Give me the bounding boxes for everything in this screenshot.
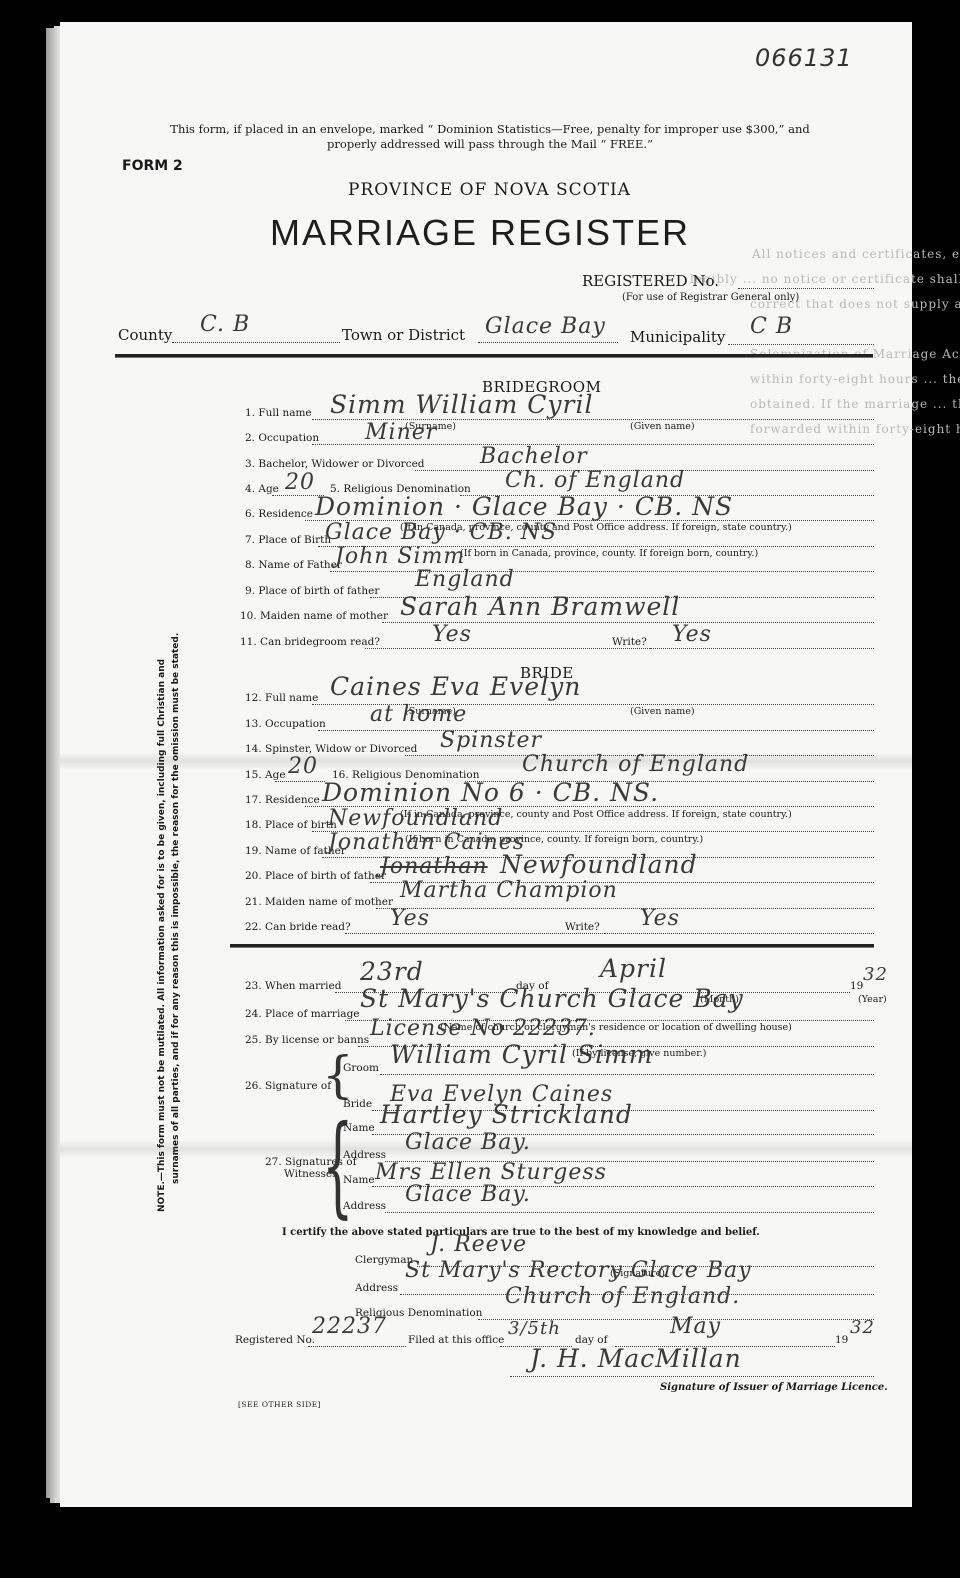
municipality-field[interactable] — [728, 344, 874, 345]
clergy-address-label: Address — [355, 1282, 398, 1294]
groom-father-label: 8. Name of Father — [245, 559, 342, 571]
groom-father-value: John Simm — [335, 544, 465, 569]
bride-full-name-value: Caines Eva Evelyn — [330, 672, 581, 701]
filed-month-value: May — [670, 1314, 721, 1339]
groom-father-birthplace-label: 9. Place of birth of father — [245, 585, 379, 597]
month-value: April — [600, 954, 667, 983]
bride-age-field[interactable] — [275, 781, 325, 782]
groom-full-name-label: 1. Full name — [245, 407, 312, 419]
bride-status-value: Spinster — [440, 728, 542, 753]
bride-full-name-label: 12. Full name — [245, 692, 318, 704]
bride-read-field[interactable] — [345, 933, 605, 934]
given-name-hint: (Given name) — [630, 706, 695, 717]
bride-birthplace-label: 18. Place of birth — [245, 819, 337, 831]
groom-write-field[interactable] — [650, 648, 874, 649]
town-label: Town or District — [342, 326, 465, 344]
county-label: County — [118, 326, 172, 344]
bride-write-label: Write? — [565, 921, 600, 933]
witness2-name-label: Name — [343, 1174, 375, 1186]
side-note-line-2: surnames of all parties, and if for any … — [169, 592, 183, 1212]
groom-signature-label: Groom — [343, 1062, 379, 1074]
province-heading: PROVINCE OF NOVA SCOTIA — [348, 180, 631, 200]
issuer-signature-field[interactable] — [510, 1376, 874, 1377]
bleed-through-text: obtained. If the marriage ... this recor… — [750, 397, 960, 411]
groom-read-value: Yes — [432, 622, 472, 647]
bride-father-birthplace-value: Newfoundland — [500, 850, 698, 879]
registered-no-value: 22237 — [312, 1314, 387, 1339]
brace: { — [322, 1050, 354, 1100]
bride-status-label: 14. Spinster, Widow or Divorced — [245, 743, 417, 755]
when-married-label: 23. When married — [245, 980, 341, 992]
witness1-address-value: Glace Bay. — [405, 1130, 531, 1155]
filed-year-value: 32 — [850, 1317, 875, 1338]
witness2-address-field[interactable] — [385, 1212, 874, 1213]
year-prefix: 19 — [850, 980, 863, 992]
town-field[interactable] — [478, 342, 618, 343]
year-hint: (Year) — [858, 994, 887, 1005]
groom-father-birthplace-value: England — [415, 567, 515, 592]
municipality-value: C B — [750, 314, 793, 339]
groom-religion-value: Ch. of England — [505, 468, 685, 493]
groom-occupation-value: Miner — [365, 420, 437, 445]
issuer-signature: J. H. MacMillan — [530, 1344, 742, 1373]
form-number: FORM 2 — [122, 158, 183, 174]
groom-birthplace-value: Glace Bay · CB. NS — [325, 520, 557, 545]
groom-age-label: 4. Age — [245, 483, 279, 495]
groom-signature-field[interactable] — [380, 1074, 874, 1075]
page-title: MARRIAGE REGISTER — [270, 212, 690, 254]
see-other-side: [SEE OTHER SIDE] — [238, 1400, 321, 1409]
groom-mother-value: Sarah Ann Bramwell — [400, 592, 680, 621]
side-note-line-1: NOTE.—This form must not be mutilated. A… — [155, 592, 169, 1212]
bride-occupation-value: at home — [370, 702, 467, 727]
bride-mother-field[interactable] — [376, 908, 874, 909]
filed-day-value: 3/5th — [508, 1318, 561, 1339]
bleed-through-text: forwarded within forty-eight hours to th… — [750, 422, 960, 436]
groom-occupation-label: 2. Occupation — [245, 432, 319, 444]
groom-mother-label: 10. Maiden name of mother — [240, 610, 388, 622]
serial-number: 066131 — [755, 44, 853, 72]
year-value: 32 — [863, 964, 888, 985]
county-field[interactable] — [172, 342, 340, 343]
registered-number-field[interactable] — [738, 288, 874, 289]
signature-of-label: 26. Signature of — [245, 1080, 331, 1092]
groom-status-value: Bachelor — [480, 444, 588, 469]
bride-read-label: 22. Can bride read? — [245, 921, 351, 933]
groom-birthplace-hint: (If born in Canada, province, county. If… — [460, 548, 758, 559]
municipality-label: Municipality — [630, 328, 725, 346]
groom-status-label: 3. Bachelor, Widower or Divorced — [245, 458, 425, 470]
registered-number-hint: (For use of Registrar General only) — [622, 292, 799, 303]
bleed-through-text: within forty-eight hours ... the issuer … — [750, 372, 960, 386]
clergy-denomination-value: Church of England. — [505, 1284, 740, 1309]
marriage-register-page: All notices and certificates, either for… — [60, 22, 912, 1507]
groom-age-value: 20 — [285, 470, 315, 495]
bride-write-field[interactable] — [605, 933, 874, 934]
witness2-address-label: Address — [343, 1200, 386, 1212]
issuer-signature-hint: Signature of Issuer of Marriage Licence. — [660, 1382, 888, 1393]
registered-number-label: REGISTERED No. — [582, 272, 719, 290]
bride-occupation-label: 13. Occupation — [245, 718, 326, 730]
filed-label: Filed at this office — [408, 1334, 504, 1346]
bleed-through-text: All notices and certificates, either for… — [752, 247, 960, 261]
groom-read-label: 11. Can bridegroom read? — [240, 636, 380, 648]
town-value: Glace Bay — [485, 314, 606, 339]
filed-year-prefix: 19 — [835, 1334, 848, 1346]
bride-read-value: Yes — [390, 906, 430, 931]
section-divider — [230, 944, 874, 948]
groom-full-name-value: Simm William Cyril — [330, 390, 593, 419]
witness1-name-value: Hartley Strickland — [380, 1100, 633, 1129]
bride-occupation-field[interactable] — [318, 730, 874, 731]
groom-father-field[interactable] — [330, 571, 874, 572]
witness1-name-label: Name — [343, 1122, 375, 1134]
bride-age-value: 20 — [288, 754, 318, 779]
bride-residence-label: 17. Residence — [245, 794, 320, 806]
bride-religion-value: Church of England — [522, 752, 749, 777]
license-value: License No 22237. — [370, 1016, 596, 1041]
bleed-through-text: legibly ... no notice or certificate sha… — [690, 272, 960, 286]
groom-write-value: Yes — [672, 622, 712, 647]
bride-write-value: Yes — [640, 906, 680, 931]
county-value: C. B — [200, 312, 250, 337]
mail-notice: This form, if placed in an envelope, mar… — [120, 122, 860, 152]
registered-no-label: Registered No. — [235, 1334, 315, 1346]
section-divider — [115, 354, 873, 358]
bride-residence-value: Dominion No 6 · CB. NS. — [322, 778, 659, 807]
clergyman-signature: J. Reeve — [430, 1232, 527, 1257]
place-of-marriage-label: 24. Place of marriage — [245, 1008, 360, 1020]
witness2-address-value: Glace Bay. — [405, 1182, 531, 1207]
bride-mother-value: Martha Champion — [400, 878, 618, 903]
bride-birthplace-value: Newfoundland — [328, 806, 503, 831]
license-label: 25. By license or banns — [245, 1034, 369, 1046]
registered-no-field[interactable] — [308, 1346, 406, 1347]
side-note: NOTE.—This form must not be mutilated. A… — [155, 592, 183, 1212]
given-name-hint: (Given name) — [630, 421, 695, 432]
groom-read-field[interactable] — [365, 648, 660, 649]
bride-father-value: Jonathan Caines — [328, 830, 525, 855]
place-of-marriage-value: St Mary's Church Glace Bay — [360, 984, 744, 1013]
groom-residence-value: Dominion · Glace Bay · CB. NS — [315, 492, 733, 521]
mail-notice-line-2: properly addressed will pass through the… — [120, 137, 860, 152]
groom-birthplace-label: 7. Place of Birth — [245, 534, 331, 546]
groom-signature-value: William Cyril Simm — [390, 1040, 653, 1069]
bride-father-birthplace-label: 20. Place of birth of father — [245, 870, 386, 882]
groom-residence-label: 6. Residence — [245, 508, 313, 520]
bride-age-label: 15. Age — [245, 769, 286, 781]
groom-write-label: Write? — [612, 636, 647, 648]
clergy-address-value: St Mary's Rectory Glace Bay — [405, 1258, 752, 1283]
day-value: 23rd — [360, 957, 424, 986]
mail-notice-line-1: This form, if placed in an envelope, mar… — [120, 122, 860, 137]
bride-father-birthplace-struck: Jonathan — [380, 854, 488, 879]
bride-mother-label: 21. Maiden name of mother — [245, 896, 393, 908]
